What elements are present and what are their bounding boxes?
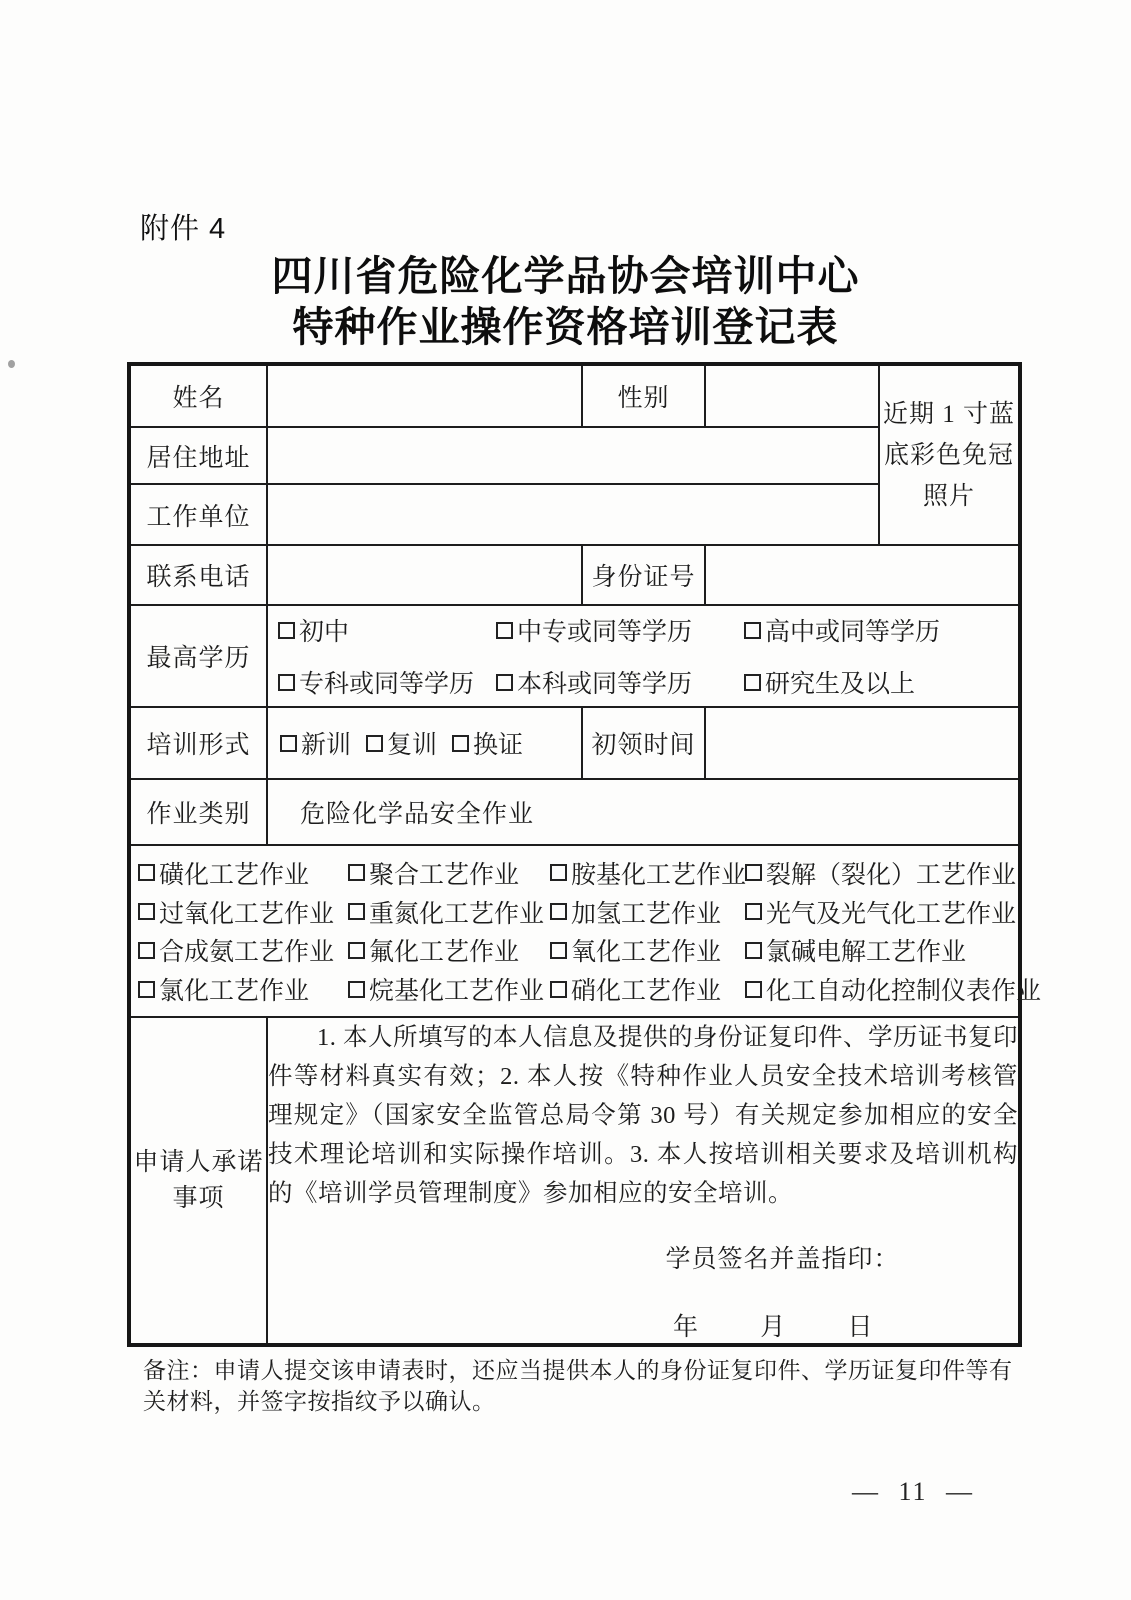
process-option-label: 氟化工艺作业 [369, 932, 519, 968]
education-option: 本科或同等学历 [496, 664, 744, 700]
work-unit-label: 工作单位 [129, 484, 267, 545]
process-option: 化工自动化控制仪表作业 [745, 971, 1041, 1007]
table-row: 最高学历 初中 中专或同等学历 高中或同等学历 专科或同等学历 本科或同等学历 … [129, 605, 1020, 707]
checkbox-icon[interactable] [496, 622, 513, 639]
training-type-option: 复训 [366, 725, 437, 761]
education-option: 初中 [278, 612, 496, 648]
education-option: 中专或同等学历 [496, 612, 744, 648]
footnote: 备注：申请人提交该申请表时，还应当提供本人的身份证复印件、学历证复印件等有关材料… [143, 1355, 1031, 1417]
commitment-label-cell: 申请人承诺 事项 [129, 1017, 267, 1345]
training-type-option-label: 复训 [387, 725, 437, 761]
commitment-text: 1. 本人所填写的本人信息及提供的身份证复印件、学历证书复印件等材料真实有效；2… [268, 1018, 1018, 1213]
checkbox-icon[interactable] [745, 981, 762, 998]
checkbox-icon[interactable] [745, 903, 762, 920]
gender-label: 性别 [582, 364, 705, 427]
process-option: 氟化工艺作业 [348, 932, 550, 968]
checkbox-icon[interactable] [744, 674, 761, 691]
first-issue-label: 初领时间 [582, 707, 705, 779]
process-option: 氯化工艺作业 [138, 971, 348, 1007]
process-option-label: 聚合工艺作业 [369, 855, 519, 891]
checkbox-icon[interactable] [550, 903, 567, 920]
education-option-label: 初中 [299, 612, 349, 648]
date-month-label: 月 [760, 1314, 785, 1341]
process-option: 重氮化工艺作业 [348, 894, 550, 930]
id-number-label: 身份证号 [582, 545, 705, 605]
process-option: 加氢工艺作业 [550, 894, 745, 930]
checkbox-icon[interactable] [452, 735, 469, 752]
process-option: 聚合工艺作业 [348, 855, 550, 891]
date-year-label: 年 [673, 1314, 698, 1341]
checkbox-icon[interactable] [496, 674, 513, 691]
checkbox-icon[interactable] [744, 622, 761, 639]
registration-table: 姓名 性别 近期 1 寸蓝底彩色免冠照片 居住地址 工作单位 联系电话 身份证号 [127, 362, 1022, 1347]
checkbox-icon[interactable] [138, 981, 155, 998]
table-row: 磺化工艺作业 聚合工艺作业 胺基化工艺作业 裂解（裂化）工艺作业 过氧化工艺作业… [129, 845, 1020, 1017]
table-row: 培训形式 新训 复训 换证 初领时间 [129, 707, 1020, 779]
document-title-line2: 特种作业操作资格培训登记表 [0, 302, 1131, 353]
commitment-label-line1: 申请人承诺 [131, 1145, 266, 1181]
address-input-cell[interactable] [267, 427, 879, 484]
checkbox-icon[interactable] [138, 864, 155, 881]
process-option-label: 硝化工艺作业 [571, 971, 721, 1007]
checkbox-icon[interactable] [348, 864, 365, 881]
process-option: 合成氨工艺作业 [138, 932, 348, 968]
first-issue-input-cell[interactable] [705, 707, 1020, 779]
education-option-label: 专科或同等学历 [299, 664, 474, 700]
process-option: 过氧化工艺作业 [138, 894, 348, 930]
process-option: 裂解（裂化）工艺作业 [745, 855, 1041, 891]
process-option: 硝化工艺作业 [550, 971, 745, 1007]
photo-placeholder-cell: 近期 1 寸蓝底彩色免冠照片 [879, 364, 1020, 545]
checkbox-icon[interactable] [138, 942, 155, 959]
document-title-line1: 四川省危险化学品协会培训中心 [0, 251, 1131, 302]
process-option-label: 化工自动化控制仪表作业 [766, 971, 1041, 1007]
date-day-label: 日 [848, 1314, 873, 1341]
education-option-label: 本科或同等学历 [517, 664, 692, 700]
process-option-label: 磺化工艺作业 [159, 855, 309, 891]
process-option-label: 重氮化工艺作业 [369, 894, 544, 930]
checkbox-icon[interactable] [138, 903, 155, 920]
process-option: 胺基化工艺作业 [550, 855, 745, 891]
commitment-content-cell: 1. 本人所填写的本人信息及提供的身份证复印件、学历证书复印件等材料真实有效；2… [267, 1017, 1020, 1345]
education-label: 最高学历 [129, 605, 267, 707]
name-input-cell[interactable] [267, 364, 582, 427]
checkbox-icon[interactable] [745, 864, 762, 881]
process-option-label: 烷基化工艺作业 [369, 971, 544, 1007]
checkbox-icon[interactable] [280, 735, 297, 752]
education-option-label: 中专或同等学历 [517, 612, 692, 648]
checkbox-icon[interactable] [550, 942, 567, 959]
table-row: 作业类别 危险化学品安全作业 [129, 779, 1020, 845]
table-row: 申请人承诺 事项 1. 本人所填写的本人信息及提供的身份证复印件、学历证书复印件… [129, 1017, 1020, 1345]
training-type-label: 培训形式 [129, 707, 267, 779]
date-line: 年 月 日 [673, 1307, 1018, 1343]
commitment-label-line2: 事项 [131, 1181, 266, 1217]
process-options-cell: 磺化工艺作业 聚合工艺作业 胺基化工艺作业 裂解（裂化）工艺作业 过氧化工艺作业… [129, 845, 1020, 1017]
process-option: 氧化工艺作业 [550, 932, 745, 968]
work-unit-input-cell[interactable] [267, 484, 879, 545]
process-option-label: 裂解（裂化）工艺作业 [766, 855, 1016, 891]
scanned-document-page: 附件 4 四川省危险化学品协会培训中心 特种作业操作资格培训登记表 姓名 性别 … [0, 0, 1131, 1600]
process-option-label: 胺基化工艺作业 [571, 855, 746, 891]
education-option: 研究生及以上 [744, 664, 1012, 700]
signature-label: 学员签名并盖指印： [666, 1239, 1019, 1275]
checkbox-icon[interactable] [348, 981, 365, 998]
process-option: 光气及光气化工艺作业 [745, 894, 1041, 930]
training-type-option: 新训 [280, 725, 351, 761]
job-category-value-cell: 危险化学品安全作业 [267, 779, 1020, 845]
scan-artifact-dot [8, 360, 15, 368]
process-option-label: 氯化工艺作业 [159, 971, 309, 1007]
name-label: 姓名 [129, 364, 267, 427]
checkbox-icon[interactable] [550, 981, 567, 998]
education-option-label: 研究生及以上 [765, 664, 915, 700]
training-type-options-cell: 新训 复训 换证 [267, 707, 582, 779]
process-option-label: 氯碱电解工艺作业 [766, 932, 966, 968]
education-options-grid: 初中 中专或同等学历 高中或同等学历 专科或同等学历 本科或同等学历 研究生及以… [268, 612, 1018, 700]
id-number-input-cell[interactable] [705, 545, 1020, 605]
education-option: 高中或同等学历 [744, 612, 1012, 648]
checkbox-icon[interactable] [278, 622, 295, 639]
document-title: 四川省危险化学品协会培训中心 特种作业操作资格培训登记表 [0, 251, 1131, 353]
process-option-label: 过氧化工艺作业 [159, 894, 334, 930]
phone-input-cell[interactable] [267, 545, 582, 605]
checkbox-icon[interactable] [366, 735, 383, 752]
education-options-cell: 初中 中专或同等学历 高中或同等学历 专科或同等学历 本科或同等学历 研究生及以… [267, 605, 1020, 707]
process-options-grid: 磺化工艺作业 聚合工艺作业 胺基化工艺作业 裂解（裂化）工艺作业 过氧化工艺作业… [131, 846, 1018, 1016]
training-type-options: 新训 复训 换证 [268, 725, 581, 761]
education-option-label: 高中或同等学历 [765, 612, 940, 648]
process-option-label: 加氢工艺作业 [571, 894, 721, 930]
process-option: 烷基化工艺作业 [348, 971, 550, 1007]
commitment-label: 申请人承诺 事项 [131, 1145, 266, 1217]
training-type-option-label: 换证 [473, 725, 523, 761]
process-option: 磺化工艺作业 [138, 855, 348, 891]
address-label: 居住地址 [129, 427, 267, 484]
table-row: 姓名 性别 近期 1 寸蓝底彩色免冠照片 [129, 364, 1020, 427]
process-option-label: 氧化工艺作业 [571, 932, 721, 968]
training-type-option-label: 新训 [301, 725, 351, 761]
job-category-label: 作业类别 [129, 779, 267, 845]
checkbox-icon[interactable] [348, 942, 365, 959]
checkbox-icon[interactable] [550, 864, 567, 881]
training-type-option: 换证 [452, 725, 523, 761]
attachment-label: 附件 4 [140, 206, 226, 247]
phone-label: 联系电话 [129, 545, 267, 605]
process-option-label: 光气及光气化工艺作业 [766, 894, 1016, 930]
table-row: 联系电话 身份证号 [129, 545, 1020, 605]
process-option: 氯碱电解工艺作业 [745, 932, 1041, 968]
checkbox-icon[interactable] [278, 674, 295, 691]
checkbox-icon[interactable] [745, 942, 762, 959]
education-option: 专科或同等学历 [278, 664, 496, 700]
checkbox-icon[interactable] [348, 903, 365, 920]
job-category-value: 危险化学品安全作业 [268, 794, 1018, 830]
gender-input-cell[interactable] [705, 364, 879, 427]
page-number: — 11 — [852, 1477, 974, 1507]
process-option-label: 合成氨工艺作业 [159, 932, 334, 968]
